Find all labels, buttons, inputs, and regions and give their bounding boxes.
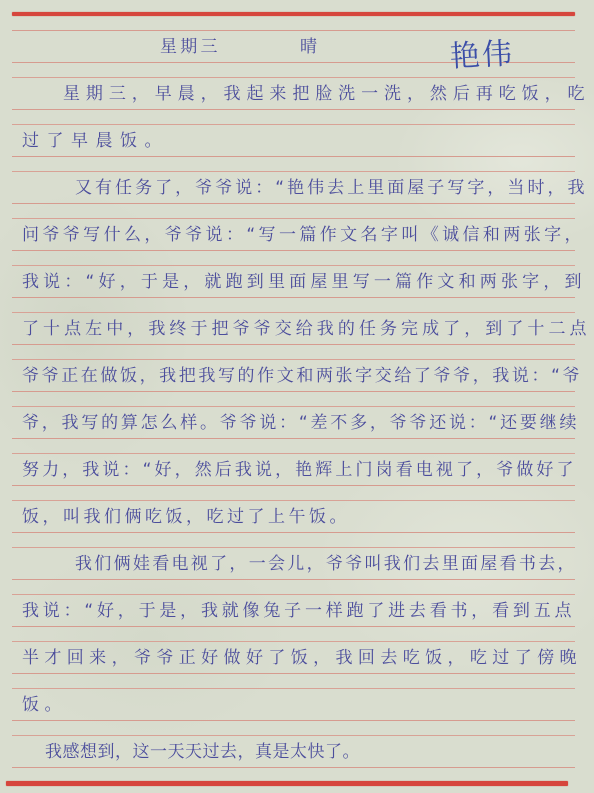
text-line: 爷，我写的算怎么样。爷爷说：“差不多，爷爷还说：“还要继续	[22, 410, 577, 436]
header-weather: 晴	[300, 34, 322, 60]
text-line: 半才回来，爷爷正好做好了饭，我回去吃饭，吃过了傍晚	[22, 645, 577, 671]
text-line: 饭。	[22, 692, 62, 718]
text-line: 问爷爷写什么，爷爷说：“写一篇作文名字叫《诚信和两张字，	[22, 222, 582, 248]
text-line: 爷爷正在做饭，我把我写的作文和两张字交给了爷爷，我说：“爷	[22, 363, 580, 389]
text-line: 我感想到，这一天天过去，真是太快了。	[45, 739, 360, 765]
text-line: 又有任务了，爷爷说：“艳伟去上里面屋子写字，当时，我	[75, 175, 585, 201]
text-line: 我们俩娃看电视了，一会儿，爷爷叫我们去里面屋看书去，	[75, 551, 575, 577]
text-line: 努力，我说：“好，然后我说，艳辉上门岗看电视了，爷做好了	[22, 457, 574, 483]
author-signature: 艳伟	[449, 32, 515, 79]
text-line: 我说：“好，于是，就跑到里面屋里写一篇作文和两张字，到	[22, 269, 582, 295]
handwritten-diary-page: 星期三 晴 艳伟 星期三，早晨，我起来把脸洗一洗，然后再吃饭，吃 过了早晨饭。 …	[0, 0, 594, 793]
text-line: 过了早晨饭。	[22, 128, 162, 154]
text-line: 星期三，早晨，我起来把脸洗一洗，然后再吃饭，吃	[63, 81, 585, 107]
text-line: 饭，叫我们俩吃饭，吃过了上午饭。	[22, 504, 347, 530]
text-line: 我说：“好，于是，我就像兔子一样跑了进去看书，看到五点	[22, 598, 572, 624]
bottom-red-rule	[6, 781, 568, 786]
top-red-rule	[12, 12, 575, 16]
ruled-line	[12, 30, 575, 31]
header-weekday: 星期三	[160, 34, 218, 60]
text-line: 了十点左中，我终于把爷爷交给我的任务完成了，到了十二点	[22, 316, 587, 342]
